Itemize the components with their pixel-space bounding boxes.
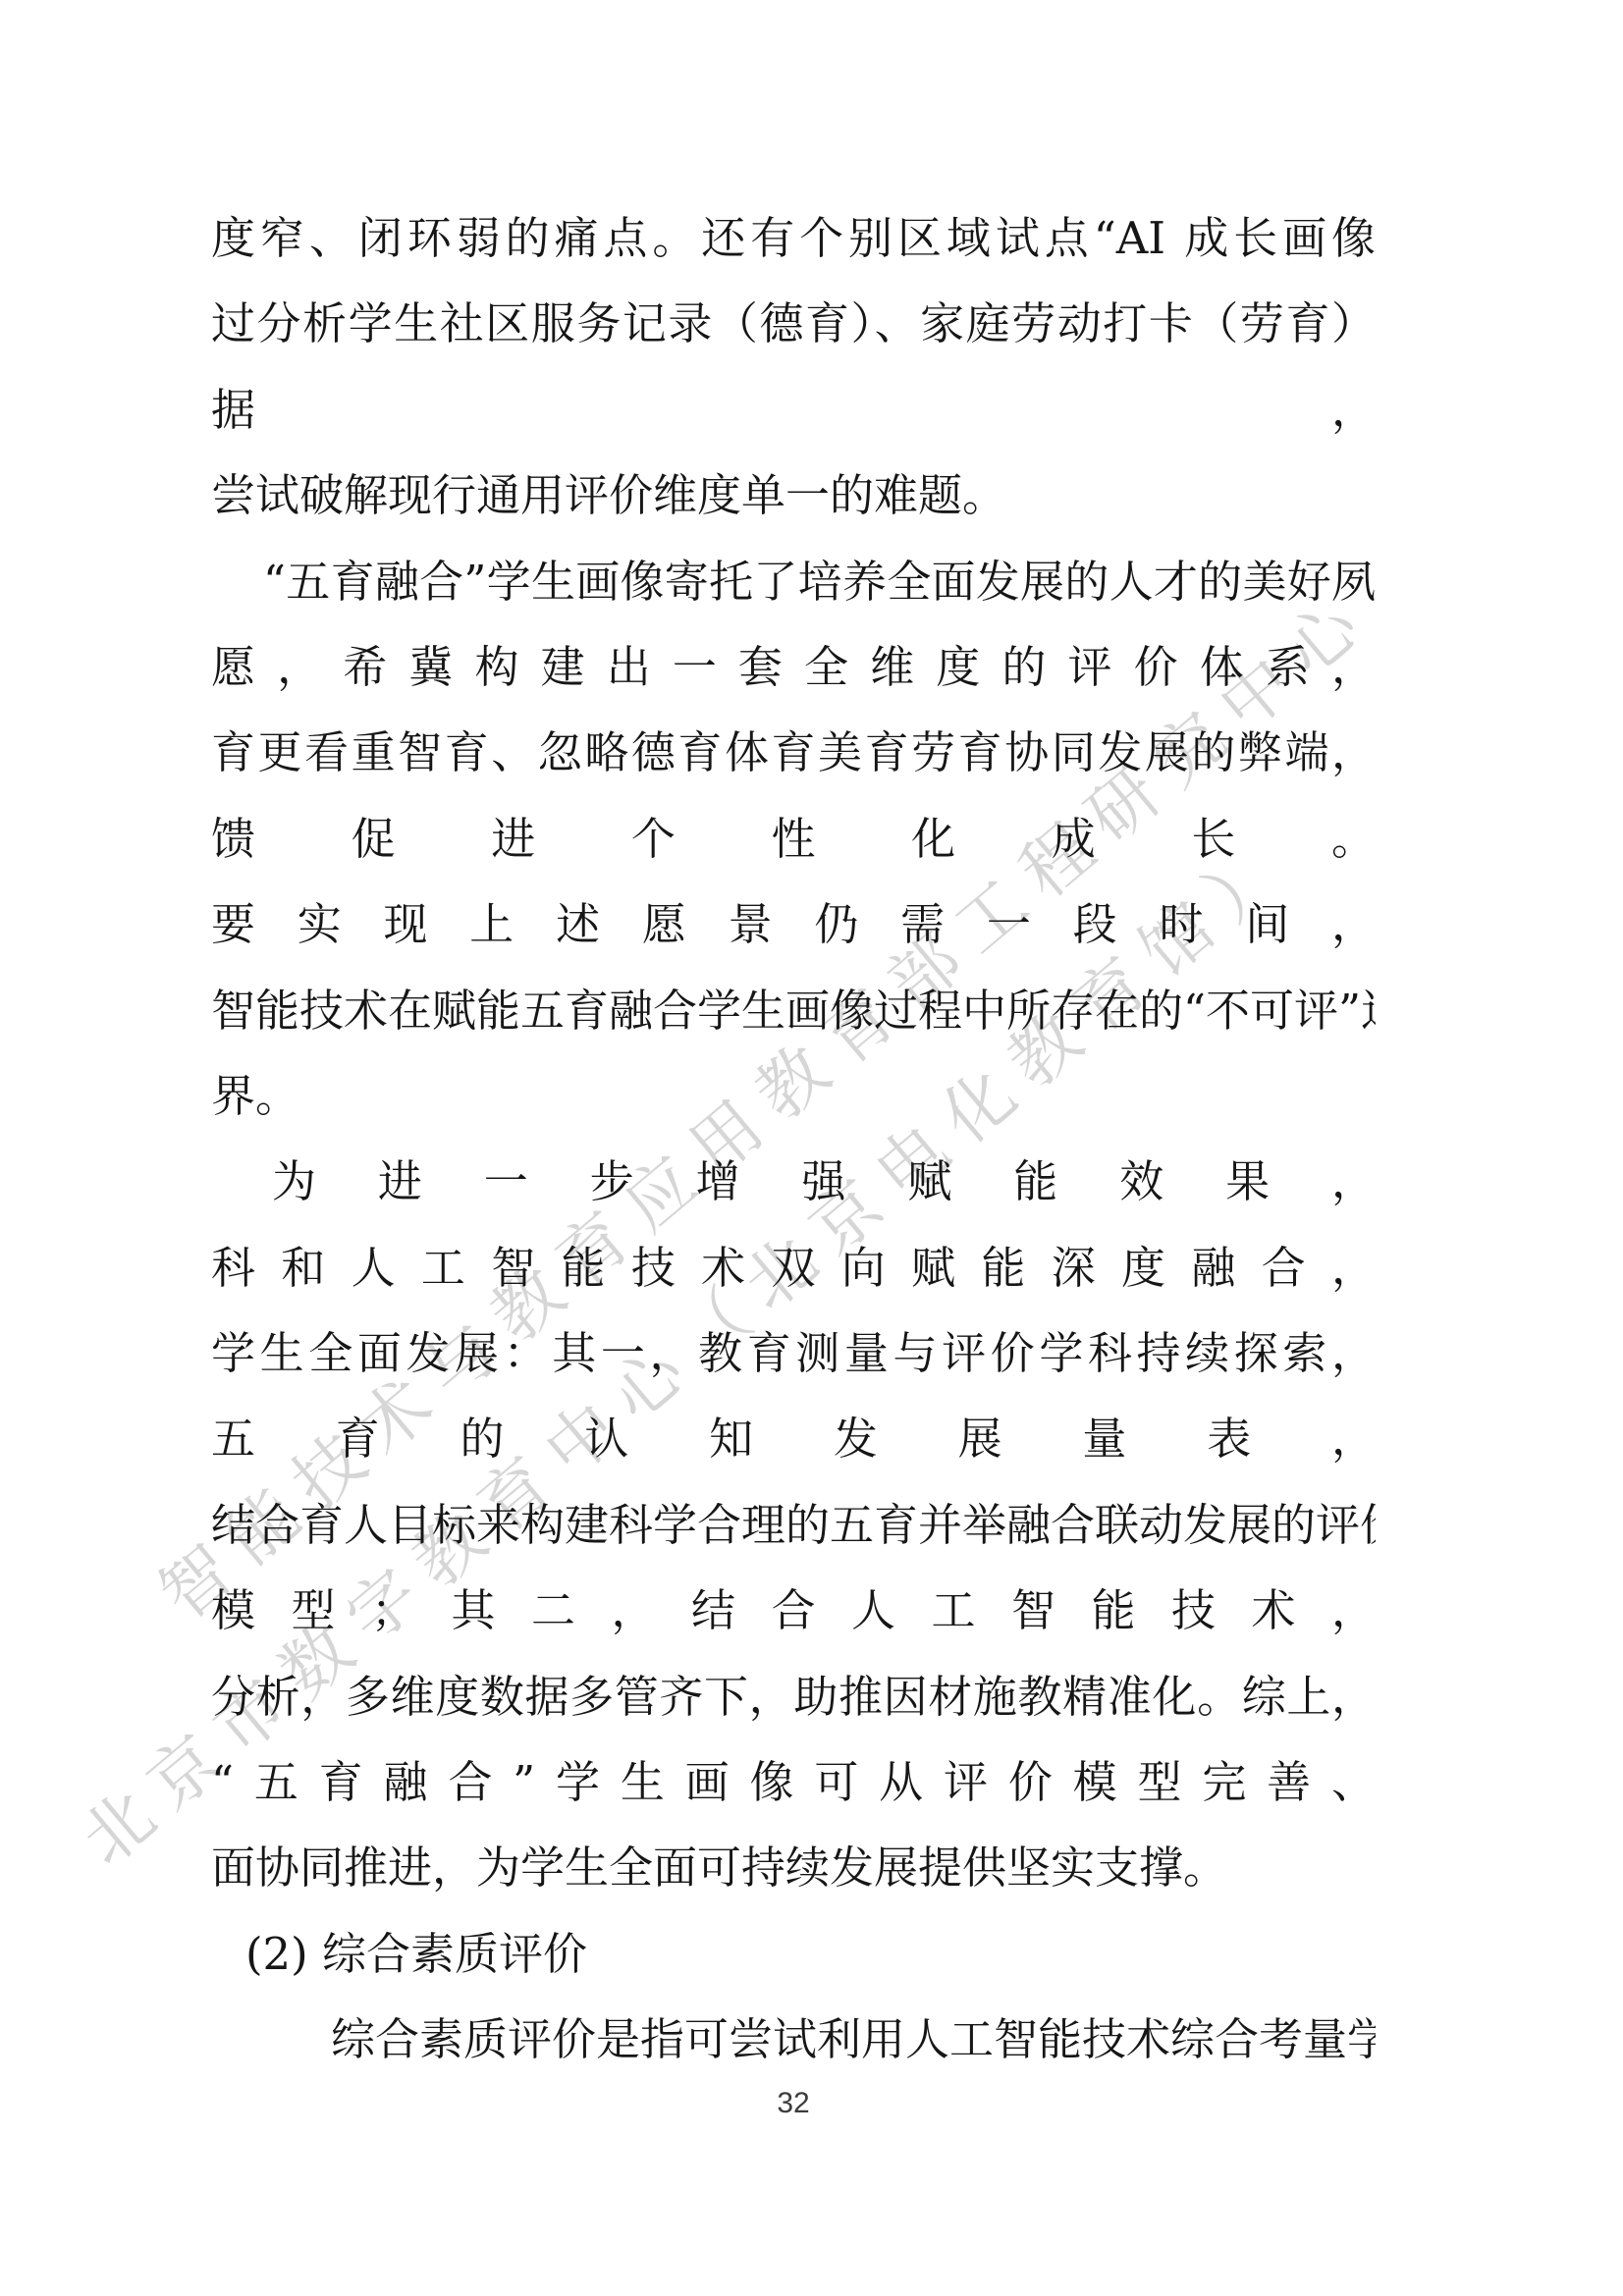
text-line: 智能技术在赋能五育融合学生画像过程中所存在的“不可评”边 [211, 968, 1376, 1053]
text-line: 模型；其二，结合人工智能技术，集中攻克多源异构数据的融合 [211, 1568, 1376, 1653]
text-line: 科和人工智能技术双向赋能深度融合，以提升五育融合画像推进 [211, 1225, 1376, 1310]
text-line: 结合育人目标来构建科学合理的五育并举融合联动发展的评价 [211, 1482, 1376, 1568]
text-block: 度窄、闭环弱的痛点。还有个别区域试点“AI 成长画像 2.0”，通过分析学生社区… [211, 195, 1376, 2083]
text-line: 过分析学生社区服务记录（德育）、家庭劳动打卡（劳育）等数 [211, 281, 1376, 366]
text-line: 育更看重智育、忽略德育体育美育劳育协同发展的弊端，动态反 [211, 710, 1376, 795]
text-line: 面协同推进，为学生全面可持续发展提供坚实支撑。 [211, 1825, 1376, 1910]
text-line: 界。 [211, 1053, 1376, 1139]
page-number: 32 [211, 2079, 1376, 2128]
text-line: 为进一步增强赋能效果，后续可继续加强教育测量与评价学 [211, 1139, 1376, 1224]
text-line: 五育的认知发展量表，进一步细化拆解出可量化的数据指标，并 [211, 1396, 1376, 1481]
text-line: 馈促进个性化成长。当前人工智能技术可作为的空间较有限，若 [211, 796, 1376, 881]
text-line: 度窄、闭环弱的痛点。还有个别区域试点“AI 成长画像 2.0”，通 [211, 195, 1376, 281]
text-line: 据，生成“社会责任感指数”“实践创新能力指数”等维度雷达图， [211, 367, 1376, 453]
text-line: (2) 综合素质评价 [211, 1911, 1376, 1997]
text-line: 要实现上述愿景仍需一段时间，因此也须时刻清醒地认识到人工 [211, 881, 1376, 967]
document-page: 智能技术与教育应用教育部工程研究中心 北京市数字教育中心（北京电化教育馆） 度窄… [0, 0, 1623, 2296]
text-line: 尝试破解现行通用评价维度单一的难题。 [211, 453, 1376, 538]
text-line: 学生全面发展：其一，教育测量与评价学科持续探索，完善基于 [211, 1310, 1376, 1396]
text-line: 综合素质评价是指可尝试利用人工智能技术综合考量学生 [211, 1997, 1376, 2082]
text-line: 分析，多维度数据多管齐下，助推因材施教精准化。综上，未来 [211, 1654, 1376, 1739]
text-line: “五育融合”学生画像可从评价模型完善、多源异构数据分析等方 [211, 1739, 1376, 1825]
text-line: 愿，希冀构建出一套全维度的评价体系，去尝试突破长期以来教 [211, 624, 1376, 710]
text-line: “五育融合”学生画像寄托了培养全面发展的人才的美好夙 [211, 539, 1376, 624]
